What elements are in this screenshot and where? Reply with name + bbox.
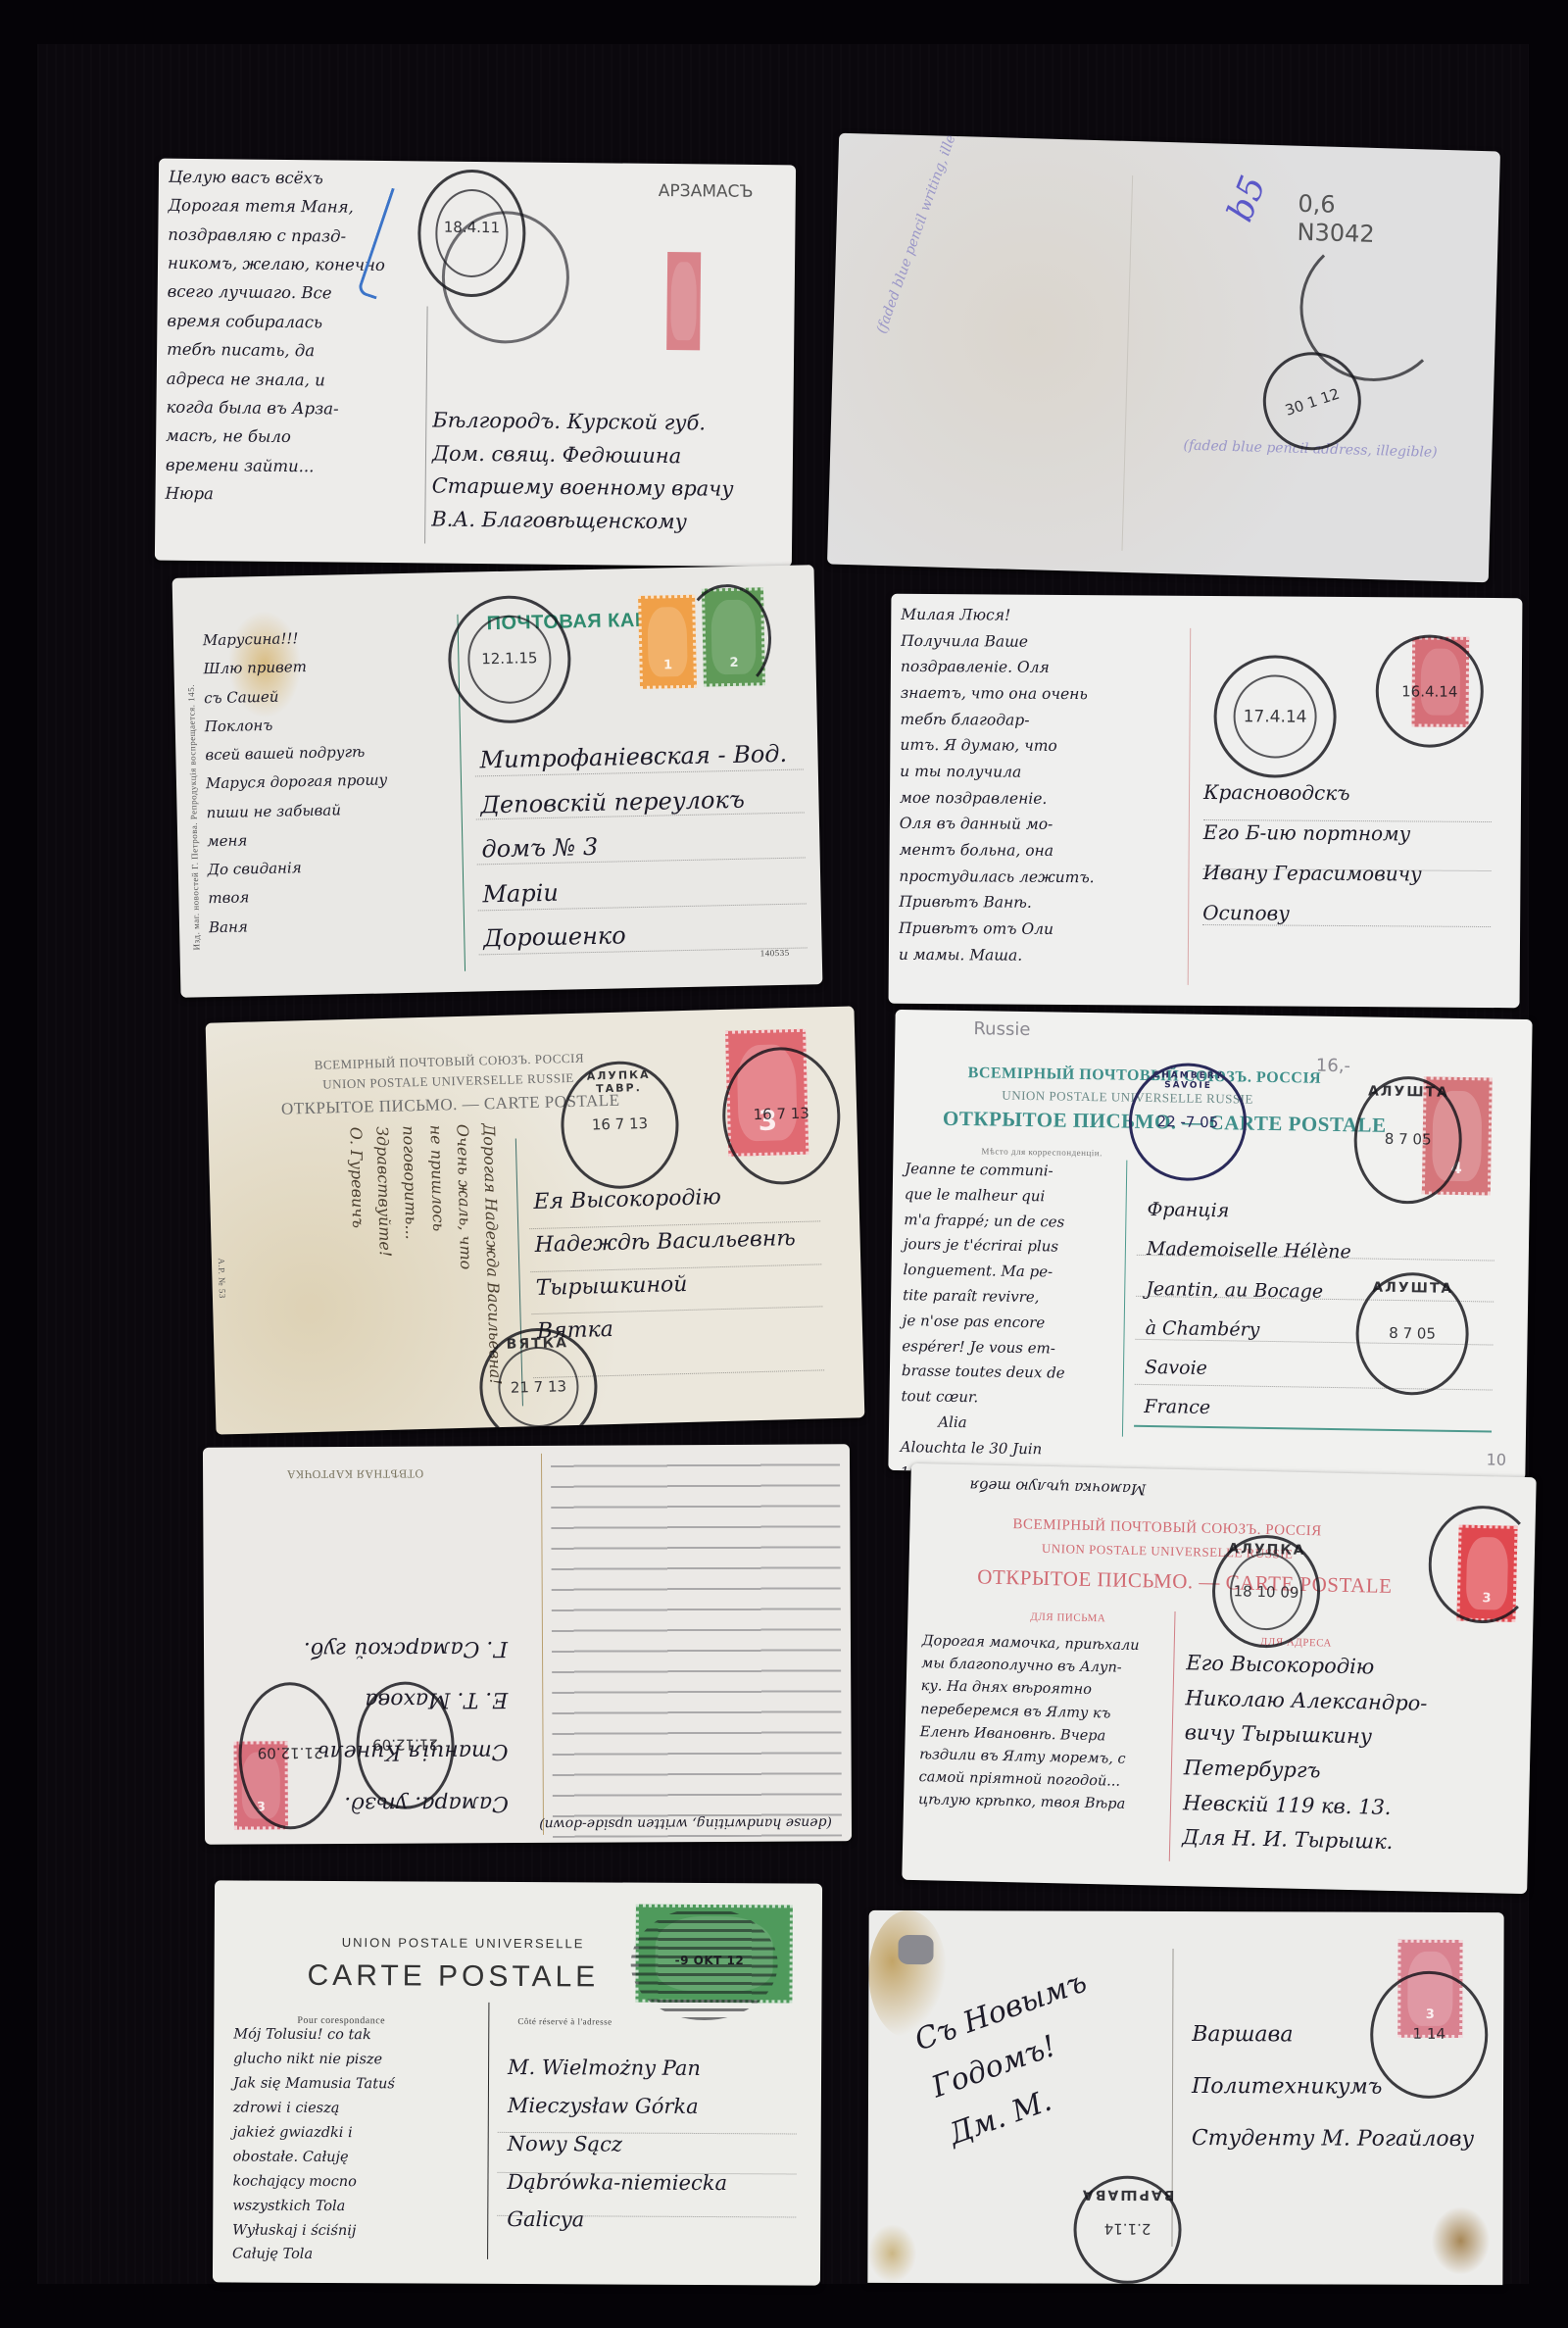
printed-subheader: Мѣсто для корреспонденціи. bbox=[981, 1146, 1102, 1158]
printed-header-line-1: UNION POSTALE UNIVERSELLE bbox=[342, 1935, 585, 1951]
stain bbox=[867, 2224, 916, 2283]
postmark-vyatka: ВЯТКА 21 7 13 bbox=[478, 1326, 599, 1434]
stain bbox=[1431, 2206, 1490, 2275]
address-text: Его Высокородію Николаю Александро- вичу… bbox=[1182, 1646, 1429, 1861]
postmark-krasnovodsk: 17.4.14 bbox=[1213, 655, 1337, 778]
message-text: Jeanne te communi- que le malheur qui m'… bbox=[900, 1157, 1068, 1480]
address-text: Красноводскъ Его Б-ию портному Ивану Гер… bbox=[1202, 772, 1422, 935]
postmark-secondary bbox=[441, 211, 569, 344]
print-number: А.Р. № 53 bbox=[217, 1258, 227, 1299]
printed-sub-right: Côté réservé à l'adresse bbox=[517, 2016, 612, 2027]
address-text: Митрофаніевская - Вод. Деповскій переуло… bbox=[479, 732, 791, 962]
address-text: Ея Высокородію Надеждѣ Васильевнѣ Тырышк… bbox=[533, 1174, 799, 1354]
postcard-2: (faded blue pencil writing, illegible) (… bbox=[827, 133, 1500, 583]
postmark-2: 21.12.09 bbox=[356, 1681, 455, 1809]
postmark-kiev: 1 14 bbox=[1370, 1971, 1488, 2099]
postmark-alupka: АЛУПКА 18 10 09 bbox=[1211, 1534, 1322, 1649]
postmark-alupka-taur: 16 7 13 bbox=[720, 1046, 842, 1186]
card-divider bbox=[487, 2003, 489, 2259]
pencil-corner-note: 10 bbox=[1486, 1450, 1506, 1468]
postcard-6: Russie 16,- 10 ВСЕМІРНЫЙ ПОЧТОВЫЙ СОЮЗЪ.… bbox=[888, 1010, 1532, 1480]
blue-pencil-mark: b5 bbox=[1215, 169, 1278, 229]
card-divider bbox=[1188, 628, 1192, 985]
message-text: Дорогая мамочка, приѣхали мы благополучн… bbox=[918, 1630, 1140, 1816]
stain bbox=[898, 1935, 933, 1964]
postcard-5: ВСЕМІРНЫЙ ПОЧТОВЫЙ СОЮЗЪ. РОССІЯ UNION P… bbox=[206, 1006, 865, 1434]
message-text: Милая Люся! Получила Ваше поздравленіе. … bbox=[899, 602, 1097, 969]
address-text: Бѣлгородъ. Курской губ. Дом. свящ. Федюш… bbox=[431, 405, 734, 540]
address-text: Франція Mademoiselle Hélène Jeantin, au … bbox=[1144, 1190, 1352, 1430]
postcard-8: ВСЕМІРНЫЙ ПОЧТОВЫЙ СОЮЗЪ. РОССІЯ UNION P… bbox=[902, 1463, 1536, 1894]
postcard-3: ПОЧТОВАЯ КАРТОЧ Изд. маг. новостей Г. Пе… bbox=[172, 565, 823, 998]
postcard-9: UNION POSTALE UNIVERSELLE CARTE POSTALE … bbox=[213, 1880, 822, 2285]
postmark-chambery: CHAMBERY SAVOIE 22 -7 05 bbox=[1128, 1063, 1248, 1182]
address-text: M. Wielmożny Pan Mieczysław Górka Nowy S… bbox=[507, 2049, 728, 2240]
message-text: Марусина!!! Шлю привет съ Сашей Поклонъ … bbox=[203, 622, 391, 942]
card-divider bbox=[424, 306, 428, 543]
stamp-1-kopek bbox=[666, 252, 701, 350]
postmark-baku: 16.4.14 bbox=[1375, 634, 1484, 748]
upside-down-note: Мамочка цѣлую тебя bbox=[969, 1474, 1146, 1499]
printed-header-line-1: ВСЕМІРНЫЙ ПОЧТОВЫЙ СОЮЗЪ. РОССІЯ bbox=[315, 1051, 585, 1073]
printed-header-line-2: CARTE POSTALE bbox=[307, 1959, 599, 1995]
postmark-partial bbox=[1427, 1505, 1536, 1624]
card-divider bbox=[1169, 1610, 1176, 1860]
message-text: Целую васъ всёхъ Дорогая тетя Маня, позд… bbox=[165, 163, 386, 511]
side-imprint: Изд. маг. новостей Г. Петрова. Репродукц… bbox=[186, 684, 202, 951]
postcard-10: Съ Новымъ Годомъ! Дм. М. Варшава Политех… bbox=[867, 1910, 1503, 2285]
dense-handwriting-lines bbox=[551, 1449, 842, 1838]
postcard-4: Милая Люся! Получила Ваше поздравленіе. … bbox=[889, 594, 1523, 1008]
postmark-volchansk: 12.1.15 bbox=[447, 594, 572, 724]
printed-header-line-2: UNION POSTALE UNIVERSELLE RUSSIE bbox=[322, 1070, 574, 1093]
postmark-alushta-2: АЛУШТА 8 7 05 bbox=[1355, 1271, 1470, 1396]
pencil-note: АРЗАМАСЪ bbox=[659, 181, 754, 202]
card-divider bbox=[1122, 1161, 1127, 1437]
printed-sub-left: ДЛЯ ПИСЬМА bbox=[1030, 1611, 1105, 1625]
postmark-date: -9 OKT 12 bbox=[675, 1954, 745, 1967]
message-text: Mój Tolusiu! co tak glucho nikt nie pisz… bbox=[232, 2022, 395, 2267]
postmark-warsaw: ВАРШАВА 2.1.14 bbox=[1073, 2176, 1181, 2284]
card-divider bbox=[1121, 175, 1133, 551]
postcard-1: Целую васъ всёхъ Дорогая тетя Маня, позд… bbox=[155, 159, 796, 568]
printed-footer: ОТВѢТНАЯ КАРТОЧКА bbox=[286, 1466, 423, 1482]
pencil-note: Russie bbox=[973, 1018, 1030, 1040]
printed-header-line-3: ОТКРЫТОЕ ПИСЬМО. — CARTE POSTALE bbox=[977, 1564, 1393, 1599]
postmark-alupka-taur-2: АЛУПКА ТАВР. 16 7 13 bbox=[560, 1060, 680, 1190]
postmark-1: 21.12.09 bbox=[238, 1682, 342, 1830]
message-text: (faded blue pencil writing, illegible) bbox=[873, 133, 975, 337]
postcard-7: Самара. уѣзд. Станція Кинель Е. Т. Махов… bbox=[203, 1444, 852, 1844]
